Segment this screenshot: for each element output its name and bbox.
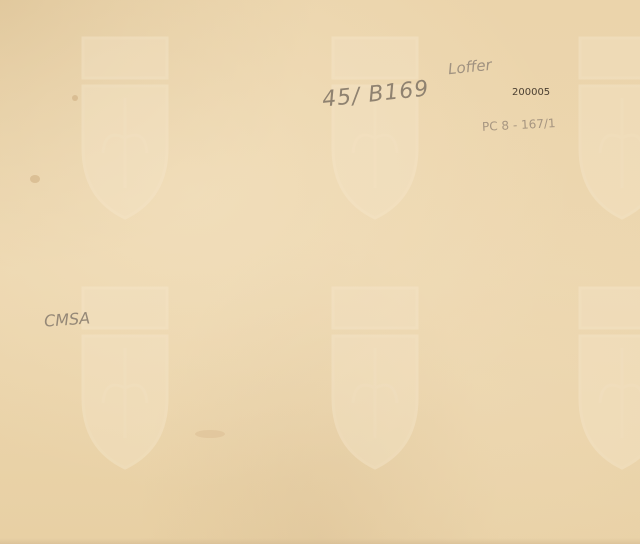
stain bbox=[72, 95, 78, 101]
number-annotation: 200005 bbox=[512, 87, 550, 98]
stain bbox=[195, 430, 225, 438]
watermark-shield-icon bbox=[325, 28, 425, 223]
watermark-shield-icon bbox=[325, 278, 425, 473]
stain bbox=[30, 175, 40, 183]
reference-annotation: PC 8 - 167/1 bbox=[482, 116, 556, 134]
paper-edge bbox=[0, 538, 640, 544]
watermark-shield-icon bbox=[572, 278, 640, 473]
paper-sheet: 45/ B169 Loffer 200005 PC 8 - 167/1 CMSA bbox=[0, 0, 640, 544]
watermark-shield-icon bbox=[572, 28, 640, 223]
watermark-shield-icon bbox=[75, 28, 175, 223]
signature-annotation: Loffer bbox=[447, 56, 492, 78]
watermark-shield-icon bbox=[75, 278, 175, 473]
name-annotation: CMSA bbox=[43, 308, 90, 330]
